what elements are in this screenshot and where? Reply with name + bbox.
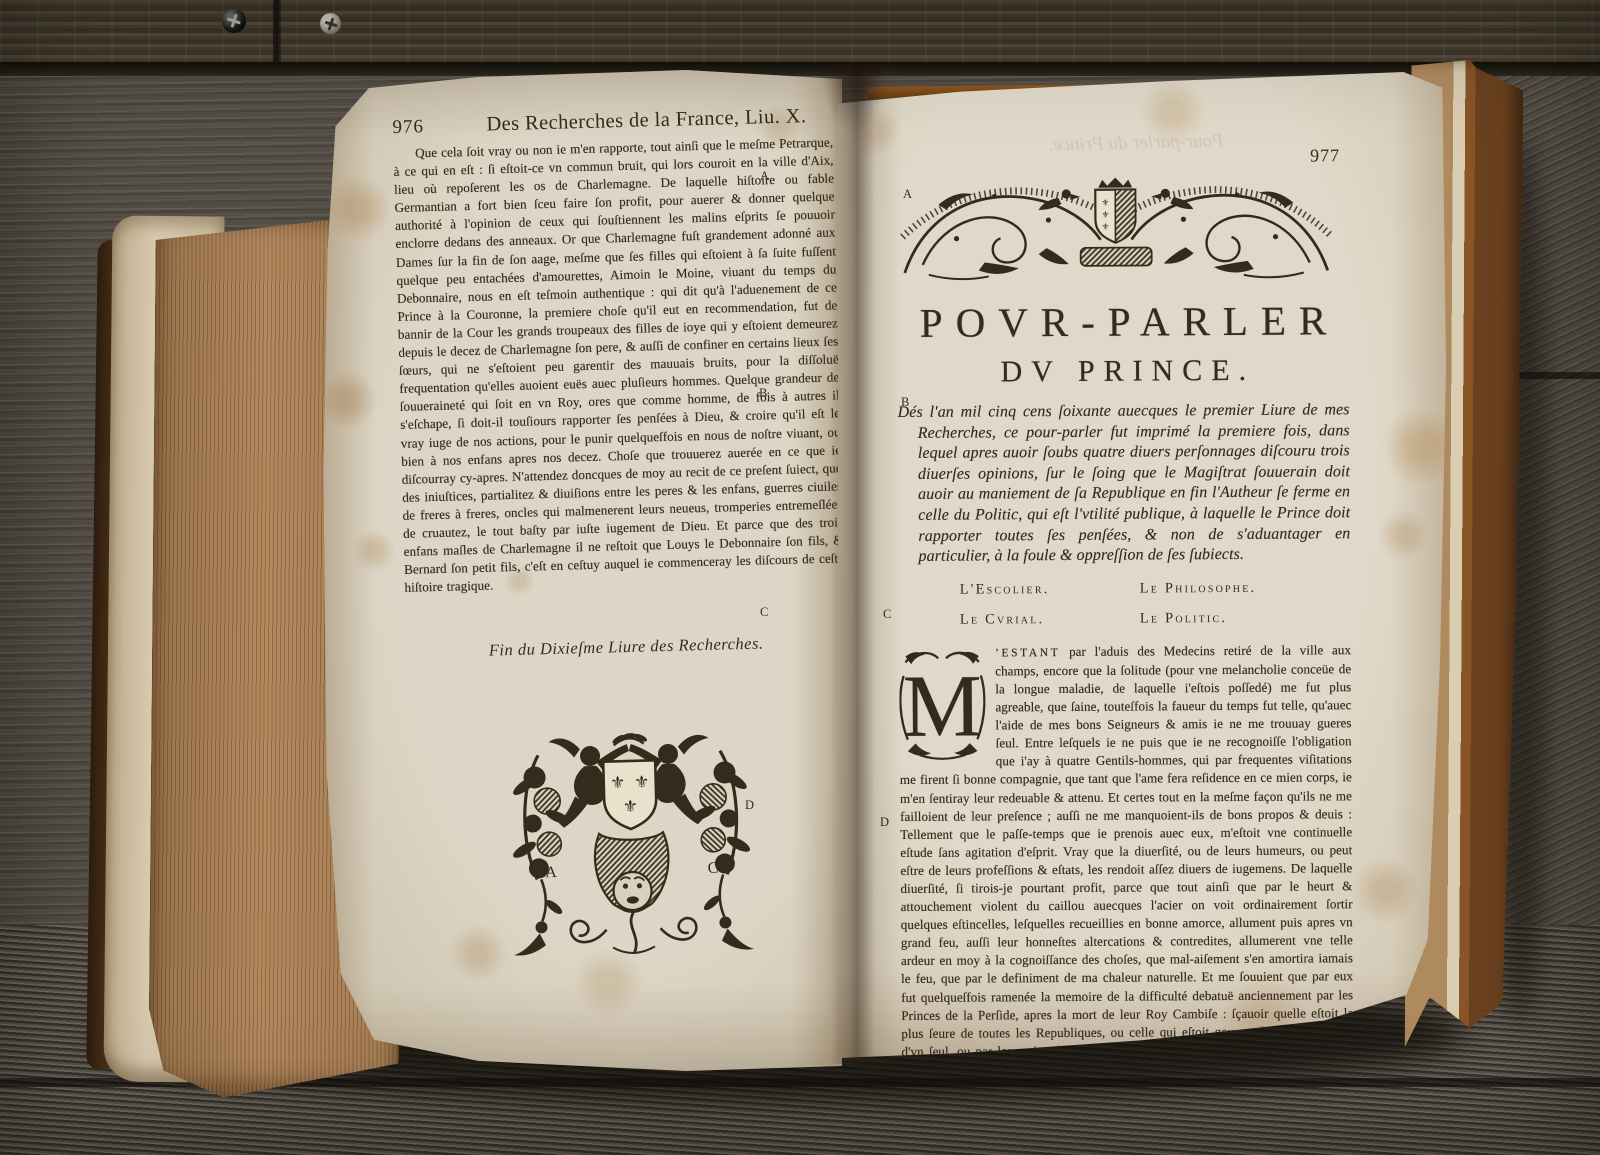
running-title: Des Recherches de la France, Liu. X.: [460, 104, 832, 137]
fleur-de-lis-icon: ⚜: [1101, 210, 1109, 220]
drop-cap-letter: M: [903, 657, 983, 755]
show-through-header: Pour-parler du Prince.: [1006, 129, 1266, 157]
column-letter: B: [759, 386, 767, 401]
ornate-initial-icon: M: [899, 646, 986, 761]
page-number: 976: [392, 115, 461, 139]
page-number: 977: [1310, 145, 1340, 166]
column-letter: A: [760, 169, 769, 184]
screw-icon: [222, 9, 246, 33]
fin-line: Fin du Dixieſme Liure des Recherches.: [406, 632, 846, 664]
section-title-line1: POVR-PARLER: [897, 296, 1349, 347]
fleur-de-lis-icon: ⚜: [1101, 198, 1109, 208]
lead-word: ’Estant: [995, 647, 1060, 659]
column-letter: D: [745, 798, 754, 813]
screw-icon: [320, 13, 341, 34]
plank-joint: [273, 0, 281, 66]
column-letter: B: [901, 395, 909, 410]
speaker-name: Le Philosophe.: [1140, 579, 1290, 597]
speaker-name: L'Escolier.: [960, 580, 1110, 598]
photo-open-antique-book: 976 Des Recherches de la France, Liu. X.…: [0, 0, 1600, 1155]
fleur-de-lis-icon: ⚜: [1101, 222, 1109, 232]
left-page-content: 976 Des Recherches de la France, Liu. X.…: [392, 96, 854, 971]
column-letter: C: [883, 607, 891, 622]
emblem-letter: C: [707, 860, 718, 877]
fleur-de-lis-icon: ⚜: [623, 797, 639, 816]
right-page-content: 977 Pour-parler du Prince.: [896, 145, 1354, 1115]
left-page-body-text: Que cela ſoit vray ou non ie m'en rappor…: [393, 133, 845, 597]
drop-cap-M: M: [899, 646, 986, 761]
left-page-header: 976 Des Recherches de la France, Liu. X.: [392, 104, 832, 139]
column-letter: C: [760, 605, 768, 620]
speaker-name: Le Cvrial.: [960, 610, 1110, 628]
left-page: 976 Des Recherches de la France, Liu. X.…: [322, 68, 842, 1074]
speaker-list: L'Escolier. Le Philosophe. Le Cvrial. Le…: [960, 579, 1290, 628]
printer-device-woodcut: ⚜ ⚜ ⚜ A C: [503, 712, 759, 968]
column-letter: D: [880, 815, 889, 830]
column-letter: A: [903, 187, 912, 202]
headpiece-band-icon: ⚜ ⚜ ⚜: [898, 172, 1334, 288]
ornamental-headpiece: ⚜ ⚜ ⚜: [898, 172, 1334, 288]
right-page: 977 Pour-parler du Prince.: [838, 72, 1446, 1058]
woodcut-emblem-icon: ⚜ ⚜ ⚜ A C: [503, 712, 759, 968]
speaker-name: Le Politic.: [1140, 609, 1290, 627]
fleur-de-lis-icon: ⚜: [634, 773, 650, 792]
section-title-line2: DV PRINCE.: [897, 353, 1349, 390]
fleur-de-lis-icon: ⚜: [610, 773, 626, 792]
emblem-letter: A: [545, 864, 557, 881]
intro-paragraph: Dés l'an mil cinq cens ſoixante auecques…: [898, 400, 1351, 568]
